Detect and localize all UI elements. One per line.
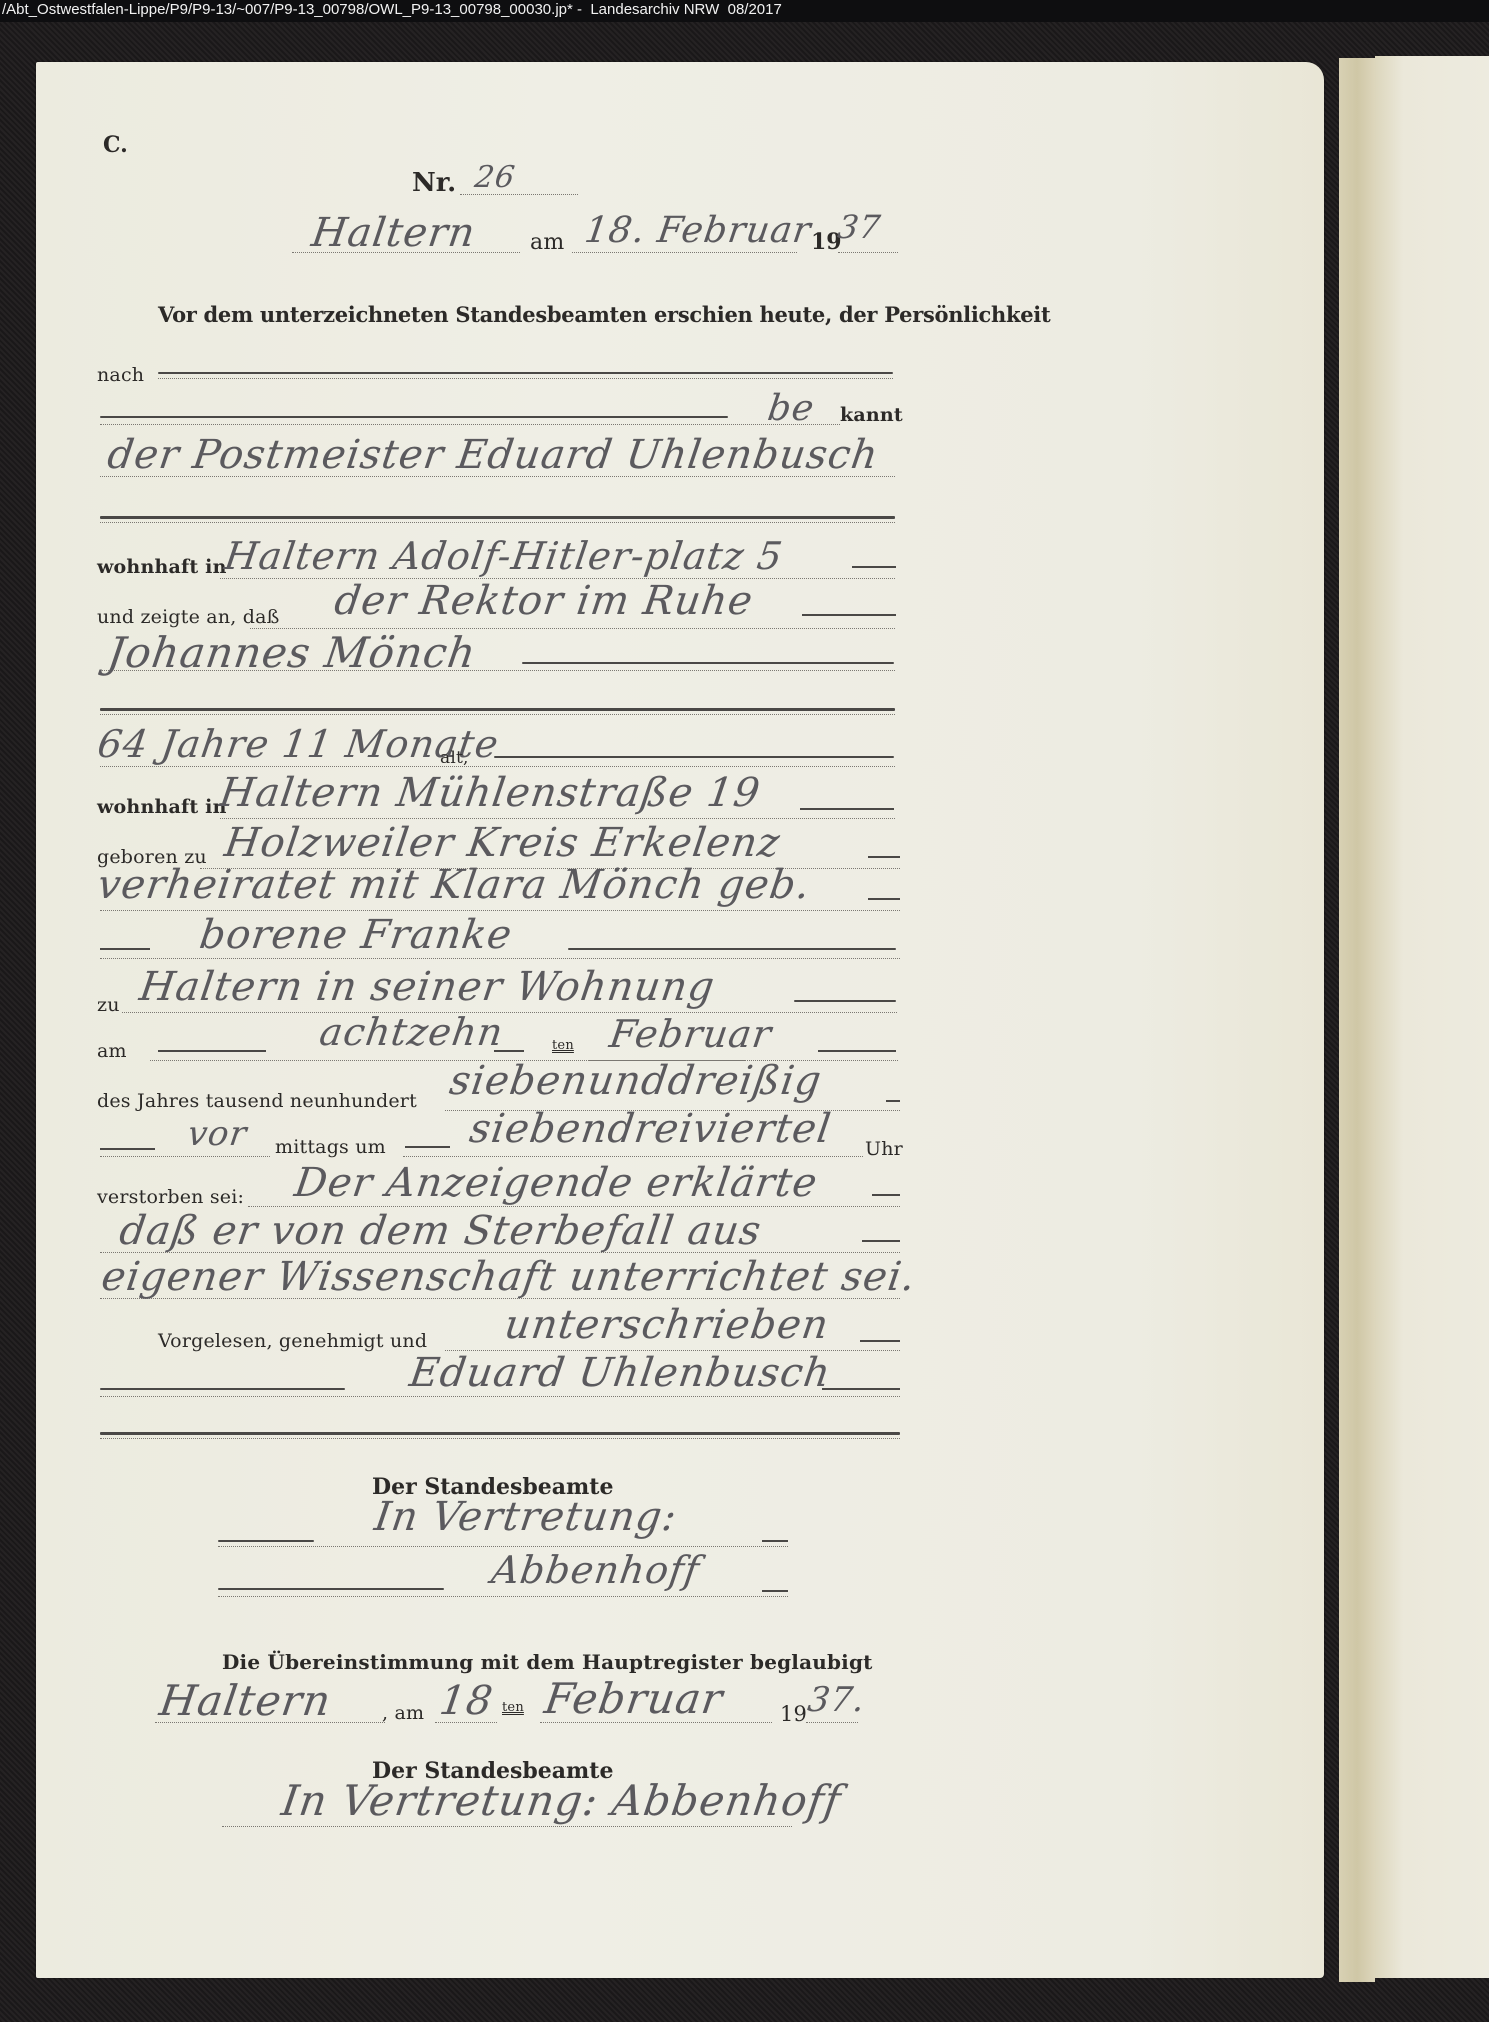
number-value: 26 xyxy=(473,160,518,195)
deceased-line2: Johannes Mönch xyxy=(105,628,480,677)
official-sig1-dash xyxy=(762,1540,788,1542)
time-prefix-line xyxy=(100,1156,270,1157)
place-value: Haltern xyxy=(309,210,479,256)
death-month-value: Februar xyxy=(607,1012,775,1056)
official-sig-line1: In Vertretung: xyxy=(372,1494,680,1540)
wohnhaft-label-2: wohnhaft in xyxy=(97,796,227,818)
cert-signature-line xyxy=(222,1826,792,1827)
number-label: Nr. xyxy=(412,168,456,198)
vorgelesen-dash xyxy=(860,1340,900,1342)
informant-rule-dots xyxy=(100,522,895,523)
year-suffix: 37 xyxy=(835,208,883,246)
informant-signature: Eduard Uhlenbusch xyxy=(407,1350,834,1396)
death-day-value: achtzehn xyxy=(317,1010,506,1054)
certification-text: Die Übereinstimmung mit dem Hauptregiste… xyxy=(222,1650,873,1674)
official-sig2-dash xyxy=(762,1590,788,1592)
official-sig2-lead xyxy=(218,1588,444,1590)
cert-day-value: 18 xyxy=(437,1678,496,1724)
intro-text: Vor dem unterzeichneten Standesbeamten e… xyxy=(158,302,1050,327)
bekannt-field-line xyxy=(100,424,840,425)
signature-rule xyxy=(100,1432,900,1435)
alt-label: alt, xyxy=(440,748,469,768)
cert-place-value: Haltern xyxy=(157,1676,335,1725)
official-sig-line2: Abbenhoff xyxy=(489,1548,703,1592)
remark-line2-dash xyxy=(862,1240,900,1242)
spouse-line1: verheiratet mit Klara Mönch geb. xyxy=(95,862,814,908)
deceased-address: Haltern Mühlenstraße 19 xyxy=(217,770,764,816)
informant-rule xyxy=(100,516,895,519)
official-sig1-lead xyxy=(218,1540,314,1542)
signature-rule-dots xyxy=(100,1438,900,1439)
ten-label: ten xyxy=(552,1038,574,1053)
adjacent-page-edge xyxy=(1375,56,1489,1978)
year-field-line xyxy=(838,252,898,253)
nach-rule xyxy=(158,372,893,374)
remark-line2: daß er von dem Sterbefall aus xyxy=(117,1208,765,1254)
nach-field-line xyxy=(158,378,893,379)
spouse-line2-field xyxy=(100,958,900,959)
cert-year-suffix: 37. xyxy=(805,1680,868,1720)
death-time-words: siebendreiviertel xyxy=(467,1106,834,1152)
remark-line3: eigener Wissenschaft unterrichtet sei. xyxy=(99,1254,919,1300)
birthplace-value: Holzweiler Kreis Erkelenz xyxy=(222,820,784,866)
death-time-line xyxy=(403,1156,863,1157)
vorgelesen-value: unterschrieben xyxy=(502,1302,832,1348)
deceased-address-line xyxy=(220,818,895,819)
age-dash xyxy=(494,756,894,758)
vorgelesen-label: Vorgelesen, genehmigt und xyxy=(158,1330,427,1352)
cert-year-prefix: 19 xyxy=(780,1702,807,1726)
official-sig1-line xyxy=(218,1546,788,1547)
death-time-dash xyxy=(405,1146,450,1148)
book-gutter xyxy=(1339,58,1375,1982)
death-day-lead-dash xyxy=(158,1050,266,1052)
remark-line1-field xyxy=(248,1206,900,1207)
zu-label: zu xyxy=(97,994,120,1016)
remark-line1-dash xyxy=(872,1194,900,1196)
cert-year-line xyxy=(806,1722,858,1723)
spouse-line2-dash xyxy=(568,948,896,950)
mittags-label: mittags um xyxy=(275,1136,386,1158)
deceased-line1: der Rektor im Ruhe xyxy=(332,578,756,624)
form-letter: C. xyxy=(103,132,128,158)
death-month-dash xyxy=(818,1050,896,1052)
informant-signature-line xyxy=(100,1396,900,1397)
death-year-words: siebenunddreißig xyxy=(447,1058,825,1104)
deceased-rule-dots xyxy=(100,714,895,715)
cert-am-label: , am xyxy=(382,1702,424,1724)
spouse-line1-dash xyxy=(868,898,900,900)
date-am-label: am xyxy=(530,230,564,255)
date-value: 18. Februar xyxy=(582,210,814,251)
death-place-line xyxy=(122,1012,897,1013)
bekannt-label: kannt xyxy=(840,404,903,426)
death-place-value: Haltern in seiner Wohnung xyxy=(137,964,718,1010)
time-lead-dash xyxy=(100,1148,155,1150)
informant-signature-dash xyxy=(822,1388,900,1390)
informant-address-dash xyxy=(852,566,896,568)
remark-line1: Der Anzeigende erklärte xyxy=(292,1160,821,1206)
date-field-line xyxy=(572,252,797,253)
death-day-dash xyxy=(494,1050,524,1052)
zeigte-label: und zeigte an, daß xyxy=(97,606,280,628)
spouse-line1-field xyxy=(100,910,900,911)
informant-value: der Postmeister Eduard Uhlenbusch xyxy=(105,432,882,478)
archive-caption: /Abt_Ostwestfalen-Lippe/P9/P9-13/~007/P9… xyxy=(0,0,1489,22)
nach-label: nach xyxy=(97,364,144,386)
official-sig2-line xyxy=(218,1596,788,1597)
birthplace-dash xyxy=(868,856,900,858)
spouse-line2-lead-dash xyxy=(100,948,150,950)
deceased-line2-dash xyxy=(522,662,894,664)
bekannt-prefix: be xyxy=(765,388,817,429)
informant-signature-lead xyxy=(100,1388,345,1390)
cert-ten-label: ten xyxy=(502,1700,524,1715)
deceased-rule xyxy=(100,708,895,711)
wohnhaft-label-1: wohnhaft in xyxy=(97,556,227,578)
verstorben-label: verstorben sei: xyxy=(97,1186,244,1208)
cert-month-value: Februar xyxy=(542,1674,727,1723)
jahres-label: des Jahres tausend neunhundert xyxy=(97,1090,417,1112)
deceased-address-dash xyxy=(800,808,894,810)
cert-signature: In Vertretung: Abbenhoff xyxy=(279,1776,845,1825)
uhr-label: Uhr xyxy=(865,1138,903,1160)
age-field-line xyxy=(100,766,895,767)
time-prefix-value: vor xyxy=(185,1114,250,1154)
bekannt-rule xyxy=(100,416,728,418)
am-label: am xyxy=(97,1040,127,1062)
spouse-line2: borene Franke xyxy=(197,912,515,958)
informant-address: Haltern Adolf-Hitler-platz 5 xyxy=(222,534,786,578)
deceased-line1-dash xyxy=(802,614,896,616)
death-year-dash xyxy=(886,1100,900,1102)
death-place-dash xyxy=(794,1000,896,1002)
